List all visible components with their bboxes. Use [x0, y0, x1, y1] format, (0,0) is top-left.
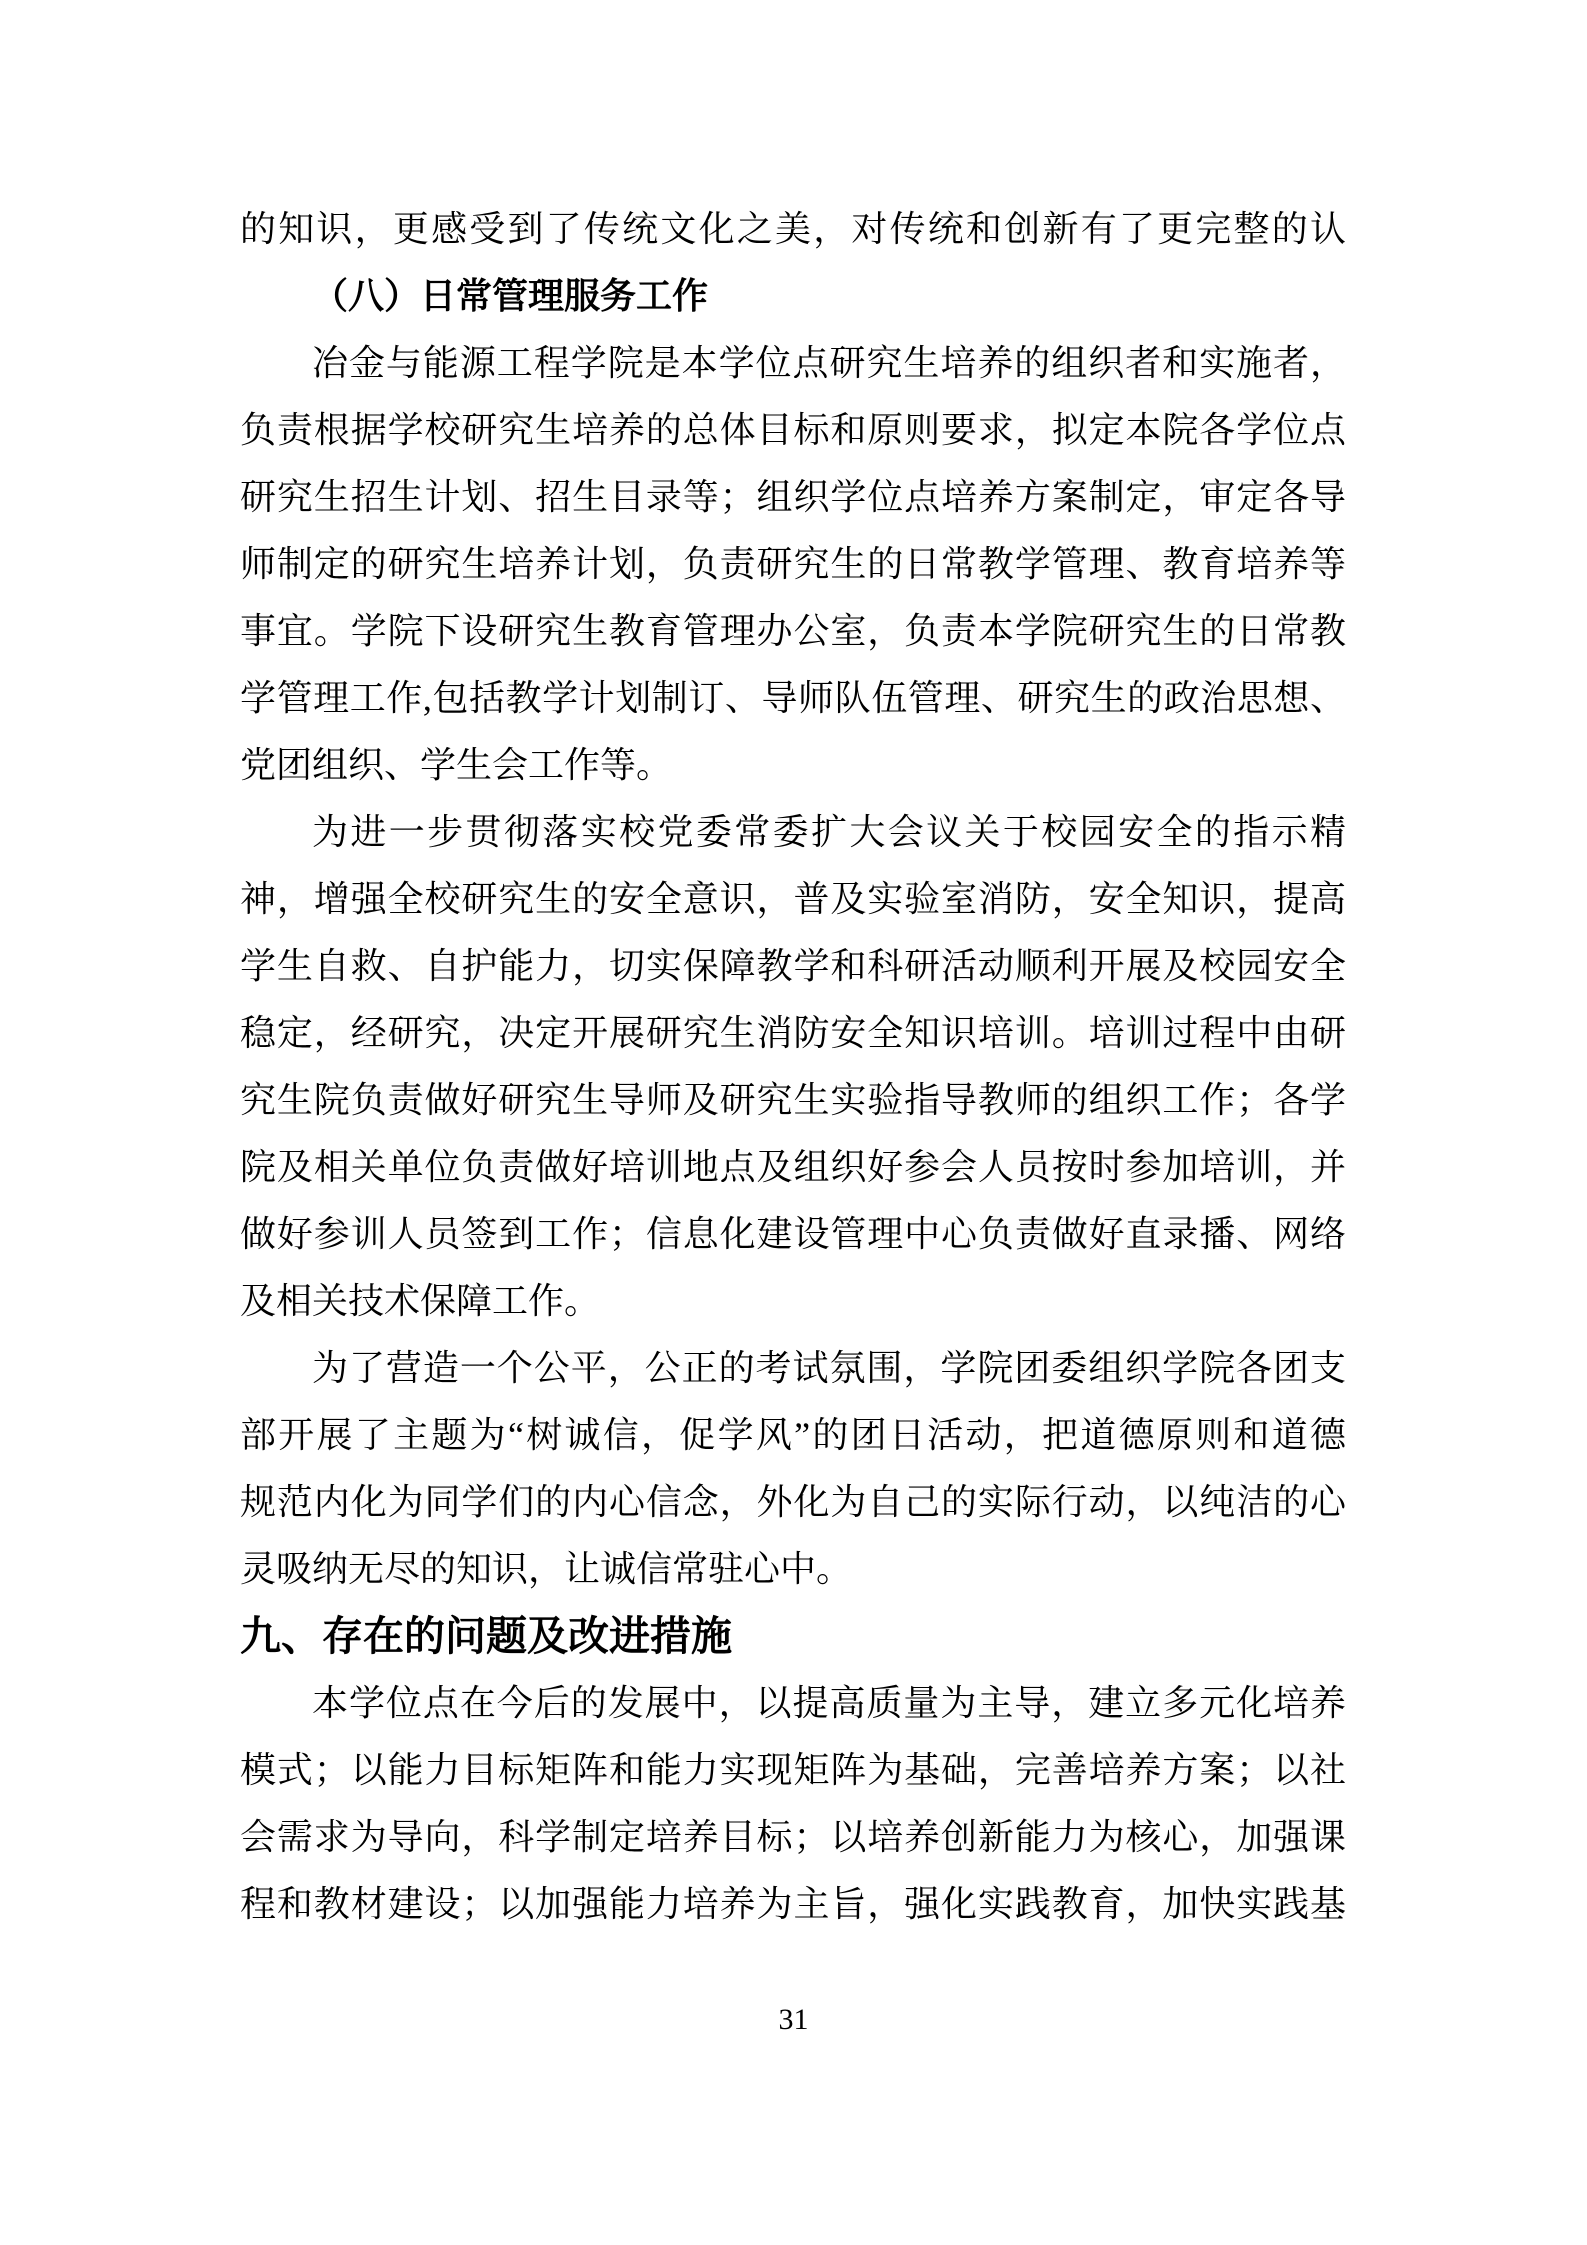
text-line: 规范内化为同学们的内心信念，外化为自己的实际行动，以纯洁的心 [240, 1469, 1346, 1536]
section-heading: 九、存在的问题及改进措施 [240, 1603, 1346, 1670]
text-line: 的知识，更感受到了传统文化之美，对传统和创新有了更完整的认识。 [240, 196, 1346, 263]
text-line: 院及相关单位负责做好培训地点及组织好参会人员按时参加培训，并 [240, 1134, 1346, 1201]
text-line: 冶金与能源工程学院是本学位点研究生培养的组织者和实施者， [240, 330, 1346, 397]
text-line: 学管理工作,包括教学计划制订、导师队伍管理、研究生的政治思想、 [240, 665, 1346, 732]
text-line: 师制定的研究生培养计划，负责研究生的日常教学管理、教育培养等 [240, 531, 1346, 598]
text-line: 学生自救、自护能力，切实保障教学和科研活动顺利开展及校园安全 [240, 933, 1346, 1000]
text-line: 为了营造一个公平，公正的考试氛围，学院团委组织学院各团支 [240, 1335, 1346, 1402]
document-body: 的知识，更感受到了传统文化之美，对传统和创新有了更完整的认识。 （八）日常管理服… [240, 196, 1346, 1938]
text-line: 灵吸纳无尽的知识，让诚信常驻心中。 [240, 1536, 1346, 1603]
subsection-heading: （八）日常管理服务工作 [240, 263, 1346, 330]
text-line: 研究生招生计划、招生目录等；组织学位点培养方案制定，审定各导 [240, 464, 1346, 531]
text-line: 部开展了主题为“树诚信，促学风”的团日活动，把道德原则和道德 [240, 1402, 1346, 1469]
text-line: 程和教材建设；以加强能力培养为主旨，强化实践教育，加快实践基 [240, 1871, 1346, 1938]
text-line: 模式；以能力目标矩阵和能力实现矩阵为基础，完善培养方案；以社 [240, 1737, 1346, 1804]
text-line: 为进一步贯彻落实校党委常委扩大会议关于校园安全的指示精 [240, 799, 1346, 866]
text-line: 会需求为导向，科学制定培养目标；以培养创新能力为核心，加强课 [240, 1804, 1346, 1871]
text-line: 事宜。学院下设研究生教育管理办公室，负责本学院研究生的日常教 [240, 598, 1346, 665]
page-number: 31 [0, 2000, 1587, 2040]
text-line: 本学位点在今后的发展中，以提高质量为主导，建立多元化培养 [240, 1670, 1346, 1737]
text-line: 稳定，经研究，决定开展研究生消防安全知识培训。培训过程中由研 [240, 1000, 1346, 1067]
text-line: 负责根据学校研究生培养的总体目标和原则要求，拟定本院各学位点 [240, 397, 1346, 464]
text-line: 究生院负责做好研究生导师及研究生实验指导教师的组织工作；各学 [240, 1067, 1346, 1134]
document-page: 的知识，更感受到了传统文化之美，对传统和创新有了更完整的认识。 （八）日常管理服… [0, 0, 1587, 2245]
text-line: 神，增强全校研究生的安全意识，普及实验室消防，安全知识，提高 [240, 866, 1346, 933]
text-line: 及相关技术保障工作。 [240, 1268, 1346, 1335]
text-line: 做好参训人员签到工作；信息化建设管理中心负责做好直录播、网络 [240, 1201, 1346, 1268]
text-line: 党团组织、学生会工作等。 [240, 732, 1346, 799]
